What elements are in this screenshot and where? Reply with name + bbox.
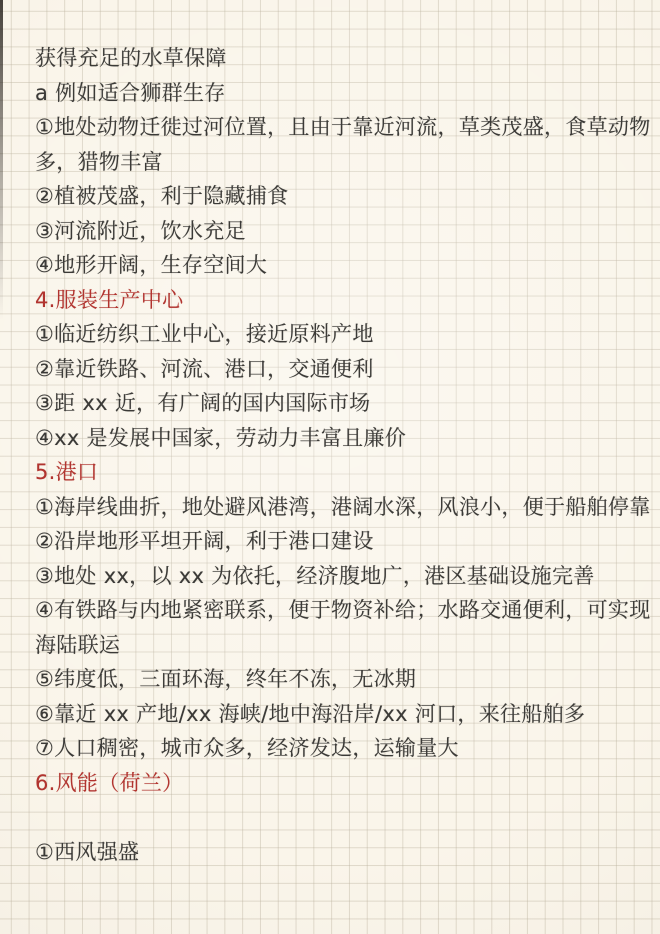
note-line: ①西风强盛 xyxy=(35,835,642,870)
note-line: ③地处 xx，以 xx 为依托，经济腹地广，港区基础设施完善 xyxy=(35,559,642,594)
note-line: ①海岸线曲折，地处避风港湾，港阔水深，风浪小，便于船舶停靠 xyxy=(35,490,642,525)
notes-lines: 获得充足的水草保障a 例如适合狮群生存①地处动物迁徙过河位置，且由于靠近河流，草… xyxy=(0,0,660,869)
note-line: ②靠近铁路、河流、港口，交通便利 xyxy=(35,352,642,387)
section-heading: 6.风能（荷兰） xyxy=(35,766,642,801)
blank-line xyxy=(35,800,642,835)
note-line: ③河流附近，饮水充足 xyxy=(35,214,642,249)
note-line: 海陆联运 xyxy=(35,628,642,663)
note-line: ②沿岸地形平坦开阔，利于港口建设 xyxy=(35,524,642,559)
section-heading: 4.服装生产中心 xyxy=(35,283,642,318)
note-line: ④有铁路与内地紧密联系，便于物资补给；水路交通便利，可实现 xyxy=(35,593,642,628)
note-line: 多，猎物丰富 xyxy=(35,145,642,180)
notes-page: 获得充足的水草保障a 例如适合狮群生存①地处动物迁徙过河位置，且由于靠近河流，草… xyxy=(0,0,660,934)
note-line: ④地形开阔，生存空间大 xyxy=(35,248,642,283)
note-line: ③距 xx 近，有广阔的国内国际市场 xyxy=(35,386,642,421)
note-line: ①地处动物迁徙过河位置，且由于靠近河流，草类茂盛，食草动物 xyxy=(35,110,642,145)
note-line: ⑥靠近 xx 产地/xx 海峡/地中海沿岸/xx 河口，来往船舶多 xyxy=(35,697,642,732)
note-line: ①临近纺织工业中心，接近原料产地 xyxy=(35,317,642,352)
note-line: ④xx 是发展中国家，劳动力丰富且廉价 xyxy=(35,421,642,456)
section-heading: 5.港口 xyxy=(35,455,642,490)
note-line: ⑤纬度低，三面环海，终年不冻，无冰期 xyxy=(35,662,642,697)
note-line: a 例如适合狮群生存 xyxy=(35,76,642,111)
note-line: 获得充足的水草保障 xyxy=(35,41,642,76)
note-line: ②植被茂盛，利于隐藏捕食 xyxy=(35,179,642,214)
note-line: ⑦人口稠密，城市众多，经济发达，运输量大 xyxy=(35,731,642,766)
